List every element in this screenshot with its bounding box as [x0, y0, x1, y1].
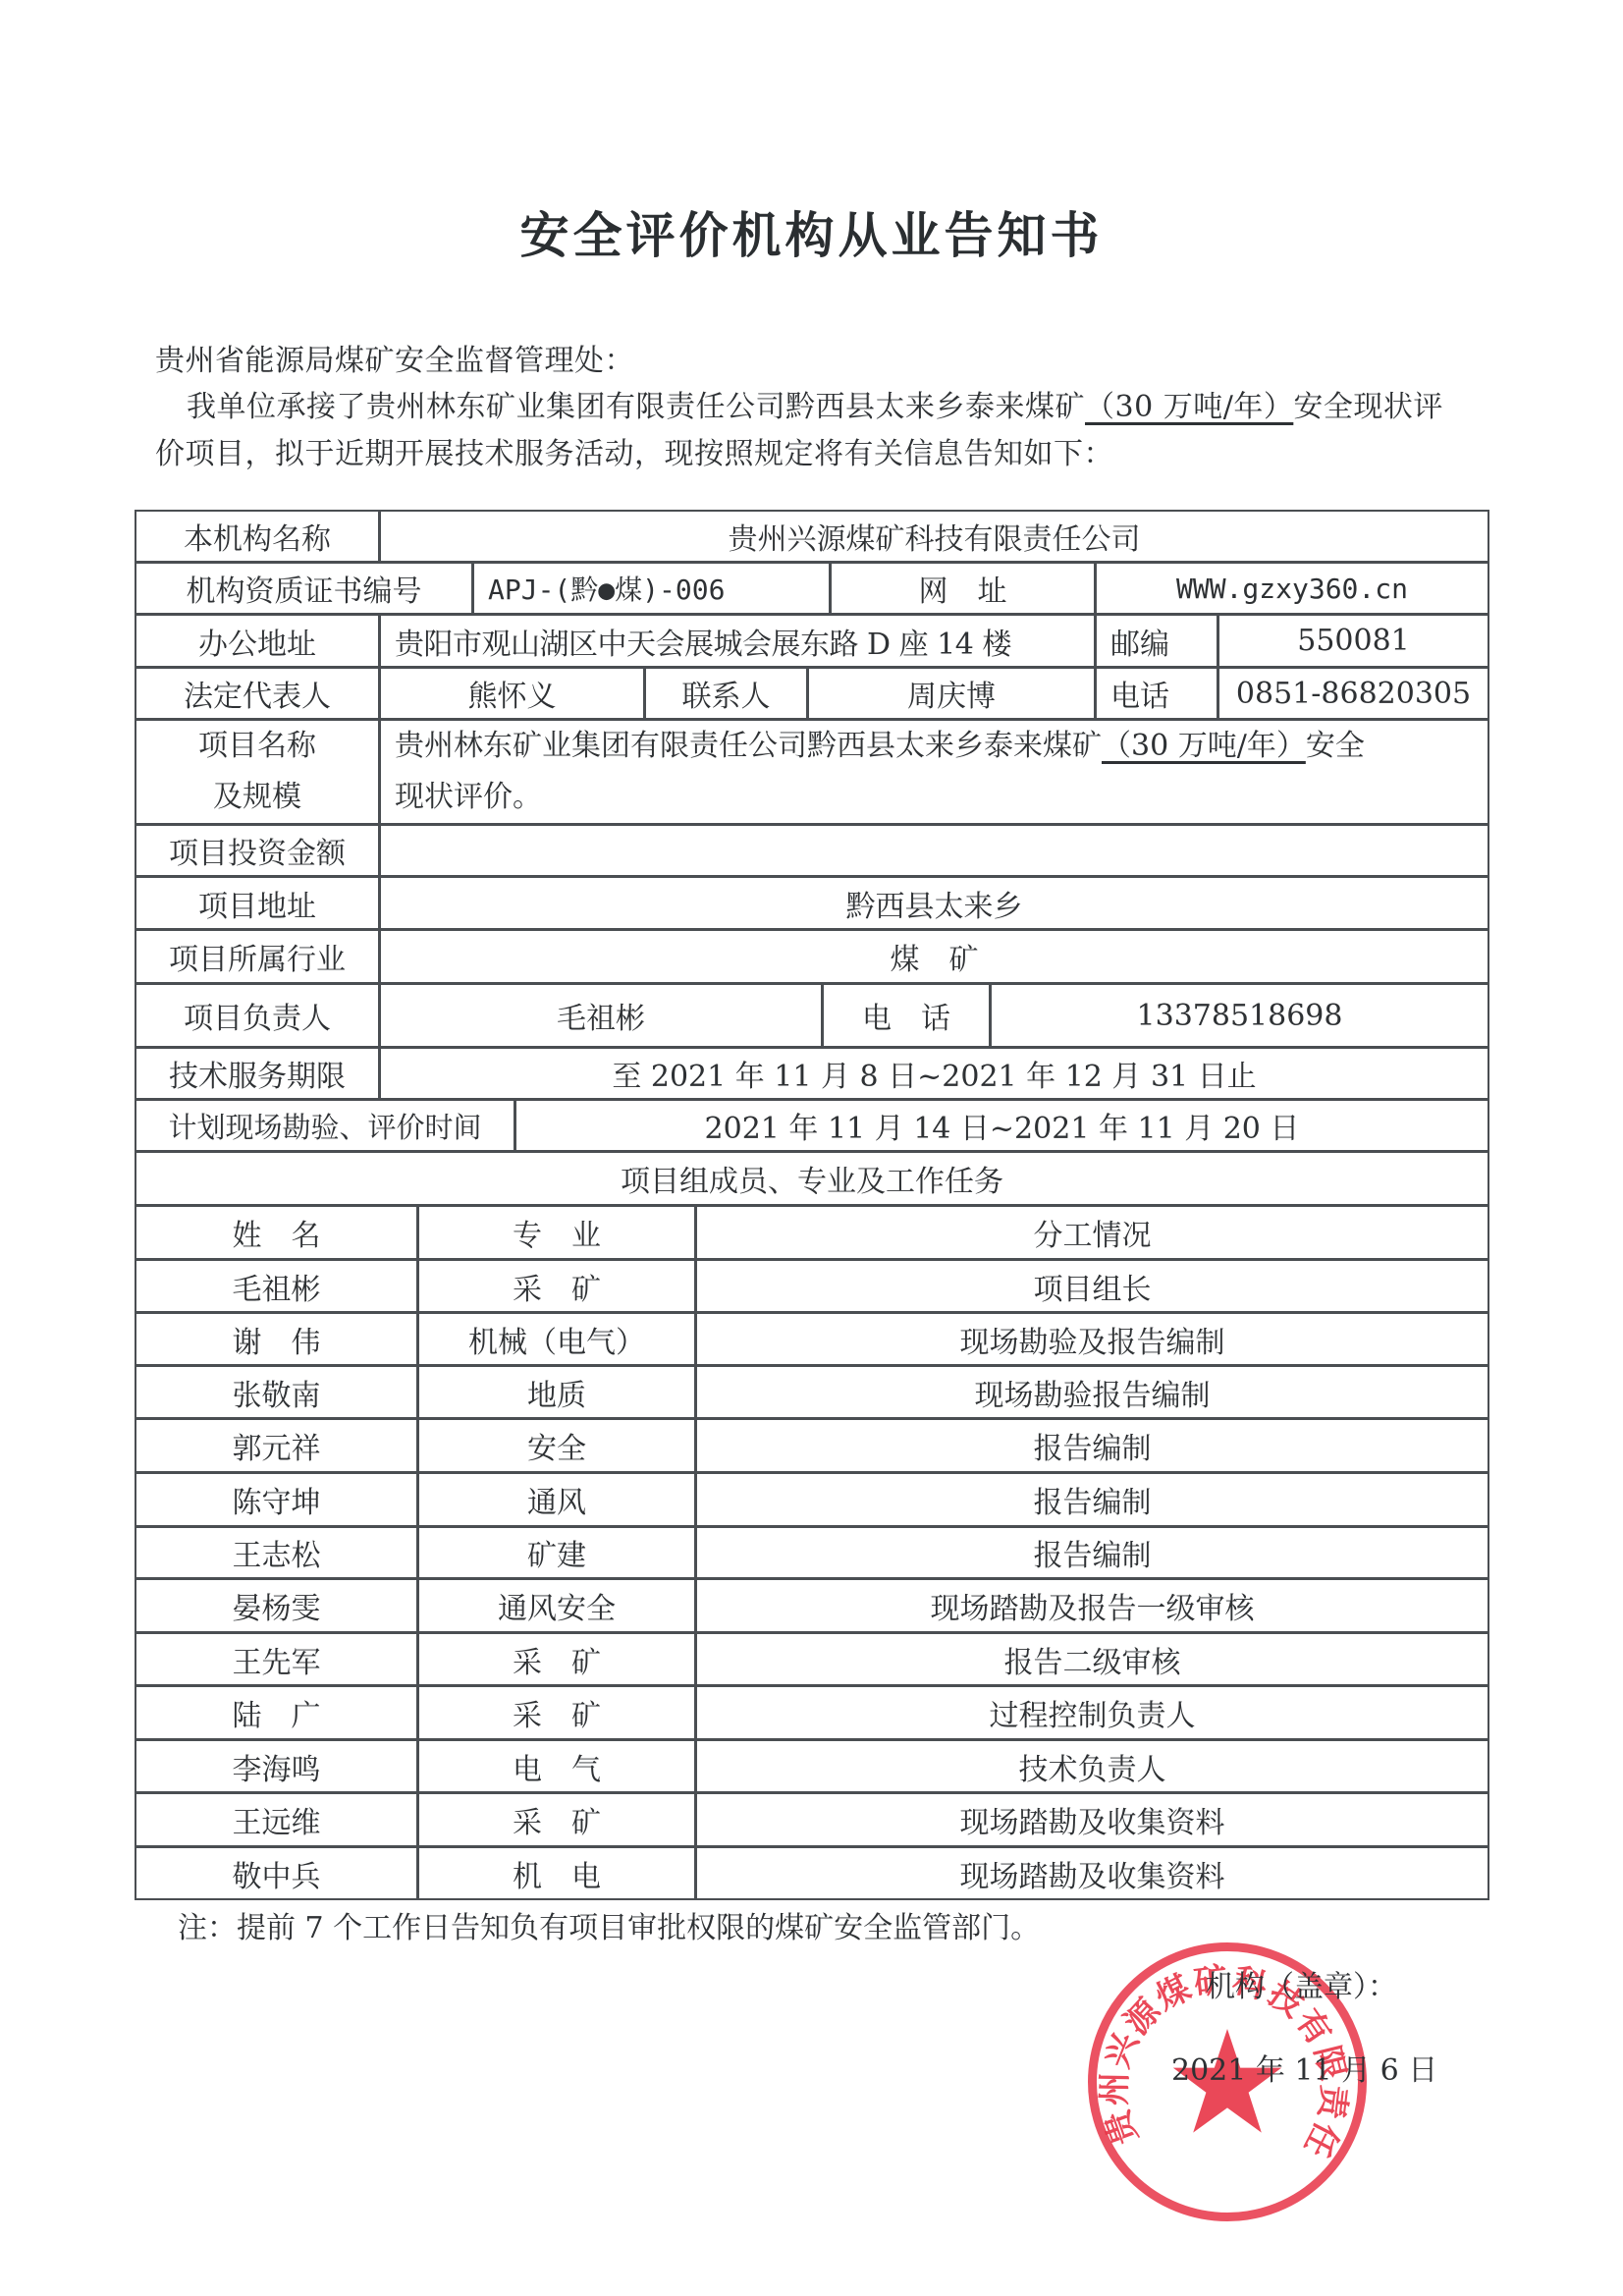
member-task: 过程控制负责人 [695, 1685, 1489, 1740]
member-name: 毛祖彬 [135, 1259, 418, 1313]
address-label: 办公地址 [135, 614, 380, 668]
website-label: 网 址 [830, 562, 1096, 615]
member-name: 郭元祥 [135, 1418, 418, 1473]
seal-label: 机构（盖章）： [1206, 1962, 1397, 2005]
intro-text: 我单位承接了贵州林东矿业集团有限责任公司黔西县太来乡泰来煤矿 [187, 390, 1085, 424]
project-name-text: 贵州林东矿业集团有限责任公司黔西县太来乡泰来煤矿 [395, 729, 1102, 763]
member-name: 李海鸣 [135, 1739, 418, 1793]
members-header-name: 姓 名 [135, 1205, 418, 1260]
member-major: 采 矿 [417, 1792, 696, 1847]
project-name-line1: 贵州林东矿业集团有限责任公司黔西县太来乡泰来煤矿（30 万吨/年）安全 [395, 721, 1365, 772]
member-major: 矿建 [417, 1526, 696, 1579]
intro-capacity: （30 万吨/年） [1085, 390, 1293, 424]
member-task: 项目组长 [695, 1259, 1489, 1313]
project-capacity: （30 万吨/年） [1102, 729, 1306, 763]
member-task: 现场踏勘及收集资料 [695, 1846, 1489, 1900]
project-name-text-end: 安全 [1306, 729, 1365, 763]
intro-text-end: 安全现状评 [1293, 390, 1443, 424]
signature-date: 2021 年 11 月 6 日 [1171, 2046, 1437, 2089]
member-major: 采 矿 [417, 1685, 696, 1740]
member-name: 张敬南 [135, 1365, 418, 1419]
member-major: 通风 [417, 1472, 696, 1527]
member-major: 机械（电气） [417, 1312, 696, 1366]
website-value: WWW.gzxy360.cn [1095, 562, 1489, 615]
legal-rep-label: 法定代表人 [135, 667, 380, 720]
service-period-value: 至 2021 年 11 月 8 日~2021 年 12 月 31 日止 [379, 1047, 1489, 1100]
member-name: 王先军 [135, 1632, 418, 1686]
members-section-title: 项目组成员、专业及工作任务 [135, 1151, 1489, 1206]
investment-label: 项目投资金额 [135, 824, 380, 877]
intro-line-1: 我单位承接了贵州林东矿业集团有限责任公司黔西县太来乡泰来煤矿（30 万吨/年）安… [187, 384, 1443, 431]
member-name: 晏杨雯 [135, 1578, 418, 1633]
postcode-label: 邮编 [1095, 614, 1218, 668]
postcode-value: 550081 [1217, 614, 1489, 668]
cert-number: APJ-(黔●煤)-006 [472, 562, 831, 615]
member-name: 王志松 [135, 1526, 418, 1579]
member-task: 现场勘验及报告编制 [695, 1312, 1489, 1366]
industry-label: 项目所属行业 [135, 929, 380, 984]
industry-value: 煤 矿 [379, 929, 1489, 984]
service-period-label: 技术服务期限 [135, 1047, 380, 1100]
member-task: 现场踏勘及报告一级审核 [695, 1578, 1489, 1633]
member-task: 报告编制 [695, 1472, 1489, 1527]
contact-value: 周庆博 [807, 667, 1096, 720]
org-name: 贵州兴源煤矿科技有限责任公司 [379, 510, 1489, 563]
member-task: 报告编制 [695, 1418, 1489, 1473]
cert-label: 机构资质证书编号 [135, 562, 473, 615]
member-name: 敬中兵 [135, 1846, 418, 1900]
legal-rep-value: 熊怀义 [379, 667, 645, 720]
investment-value [379, 824, 1489, 877]
member-name: 谢 伟 [135, 1312, 418, 1366]
survey-time-value: 2021 年 11 月 14 日~2021 年 11 月 20 日 [514, 1099, 1489, 1152]
project-name-line2: 现状评价。 [395, 772, 542, 823]
project-name-value: 贵州林东矿业集团有限责任公司黔西县太来乡泰来煤矿（30 万吨/年）安全 现状评价… [379, 719, 1489, 825]
phone-label: 电话 [1095, 667, 1218, 720]
member-major: 采 矿 [417, 1259, 696, 1313]
member-task: 技术负责人 [695, 1739, 1489, 1793]
address-value: 贵阳市观山湖区中天会展城会展东路 D 座 14 楼 [379, 614, 1096, 668]
project-address-value: 黔西县太来乡 [379, 876, 1489, 930]
members-header-task: 分工情况 [695, 1205, 1489, 1260]
member-task: 现场勘验报告编制 [695, 1365, 1489, 1419]
member-name: 陆 广 [135, 1685, 418, 1740]
member-task: 现场踏勘及收集资料 [695, 1792, 1489, 1847]
footer-note: 注：提前 7 个工作日告知负有项目审批权限的煤矿安全监管部门。 [178, 1903, 1040, 1946]
document-title: 安全评价机构从业告知书 [0, 196, 1623, 267]
member-task: 报告二级审核 [695, 1632, 1489, 1686]
project-lead-value: 毛祖彬 [379, 983, 823, 1048]
project-lead-phone-label: 电 话 [822, 983, 991, 1048]
phone-value: 0851-86820305 [1217, 667, 1489, 720]
intro-line-2: 价项目，拟于近期开展技术服务活动，现按照规定将有关信息告知如下： [155, 431, 1113, 478]
project-name-label-line2: 及规模 [213, 772, 301, 823]
project-lead-phone-value: 13378518698 [990, 983, 1489, 1048]
member-major: 机 电 [417, 1846, 696, 1900]
project-name-label-line1: 项目名称 [198, 721, 316, 772]
survey-time-label: 计划现场勘验、评价时间 [135, 1099, 515, 1152]
member-major: 地质 [417, 1365, 696, 1419]
org-name-label: 本机构名称 [135, 510, 380, 563]
contact-label: 联系人 [644, 667, 808, 720]
member-major: 采 矿 [417, 1632, 696, 1686]
member-major: 通风安全 [417, 1578, 696, 1633]
project-address-label: 项目地址 [135, 876, 380, 930]
member-major: 电 气 [417, 1739, 696, 1793]
member-major: 安全 [417, 1418, 696, 1473]
member-task: 报告编制 [695, 1526, 1489, 1579]
member-name: 陈守坤 [135, 1472, 418, 1527]
member-name: 王远维 [135, 1792, 418, 1847]
project-name-label: 项目名称 及规模 [135, 719, 380, 825]
members-header-major: 专 业 [417, 1205, 696, 1260]
addressee: 贵州省能源局煤矿安全监督管理处： [155, 338, 634, 385]
project-lead-label: 项目负责人 [135, 983, 380, 1048]
